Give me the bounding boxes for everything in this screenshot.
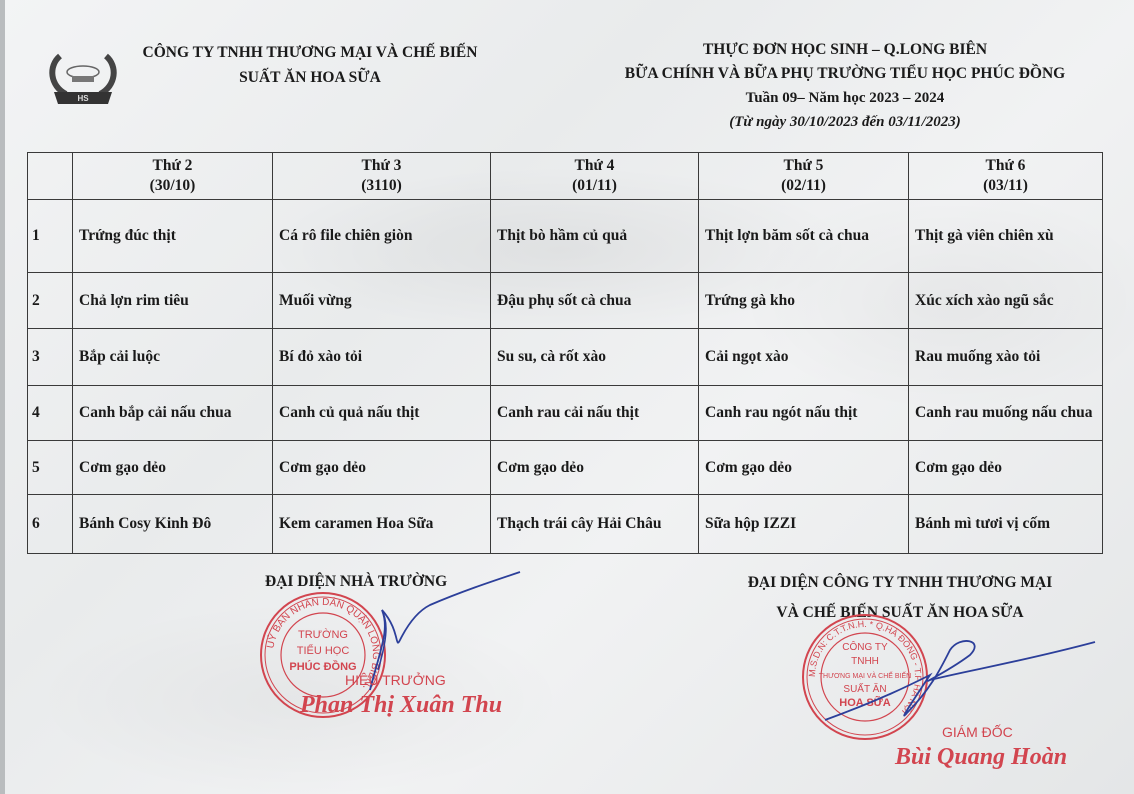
column-header: Thứ 5(02/11) bbox=[699, 153, 909, 200]
svg-text:HS: HS bbox=[77, 94, 89, 103]
school-role: HIỆU TRƯỞNG bbox=[345, 672, 446, 688]
menu-table: Thứ 2(30/10) Thứ 3(3110) Thứ 4(01/11) Th… bbox=[27, 152, 1103, 554]
menu-cell: Bí đỏ xào tỏi bbox=[273, 329, 491, 386]
menu-cell: Thịt lợn băm sốt cà chua bbox=[699, 200, 909, 273]
page-edge bbox=[0, 0, 5, 794]
menu-date-range: (Từ ngày 30/10/2023 đến 03/11/2023) bbox=[590, 110, 1100, 134]
company-signature-icon bbox=[820, 630, 1100, 730]
menu-cell: Canh củ quả nấu thịt bbox=[273, 386, 491, 441]
menu-cell: Rau muống xào tỏi bbox=[909, 329, 1103, 386]
menu-cell: Bánh Cosy Kinh Đô bbox=[73, 495, 273, 554]
svg-text:TRƯỜNG: TRƯỜNG bbox=[298, 628, 348, 641]
menu-cell: Canh rau ngót nấu thịt bbox=[699, 386, 909, 441]
svg-text:TIỂU HỌC: TIỂU HỌC bbox=[297, 644, 350, 657]
column-header: Thứ 2(30/10) bbox=[73, 153, 273, 200]
school-signer-name: Phan Thị Xuân Thu bbox=[300, 692, 502, 719]
menu-cell: Thịt bò hầm củ quả bbox=[491, 200, 699, 273]
row-number: 4 bbox=[28, 386, 73, 441]
menu-cell: Đậu phụ sốt cà chua bbox=[491, 273, 699, 329]
menu-cell: Cơm gạo dẻo bbox=[491, 441, 699, 495]
table-row: 6 Bánh Cosy Kinh Đô Kem caramen Hoa Sữa … bbox=[28, 495, 1103, 554]
menu-cell: Su su, cà rốt xào bbox=[491, 329, 699, 386]
menu-header: THỰC ĐƠN HỌC SINH – Q.LONG BIÊN BỮA CHÍN… bbox=[590, 38, 1100, 134]
menu-cell: Thạch trái cây Hải Châu bbox=[491, 495, 699, 554]
header-index-cell bbox=[28, 153, 73, 200]
company-header: CÔNG TY TNHH THƯƠNG MẠI VÀ CHẾ BIẾN SUẤT… bbox=[110, 40, 510, 90]
row-number: 2 bbox=[28, 273, 73, 329]
company-signer-name: Bùi Quang Hoàn bbox=[895, 744, 1067, 771]
menu-cell: Cơm gạo dẻo bbox=[699, 441, 909, 495]
table-row: 3 Bắp cải luộc Bí đỏ xào tỏi Su su, cà r… bbox=[28, 329, 1103, 386]
menu-cell: Canh rau muống nấu chua bbox=[909, 386, 1103, 441]
menu-cell: Muối vừng bbox=[273, 273, 491, 329]
row-number: 3 bbox=[28, 329, 73, 386]
menu-title: THỰC ĐƠN HỌC SINH – Q.LONG BIÊN bbox=[590, 38, 1100, 62]
column-header: Thứ 4(01/11) bbox=[491, 153, 699, 200]
column-header: Thứ 6(03/11) bbox=[909, 153, 1103, 200]
laurel-wreath-logo-icon: HS bbox=[46, 48, 120, 108]
menu-cell: Chả lợn rim tiêu bbox=[73, 273, 273, 329]
table-row: 5 Cơm gạo dẻo Cơm gạo dẻo Cơm gạo dẻo Cơ… bbox=[28, 441, 1103, 495]
menu-cell: Kem caramen Hoa Sữa bbox=[273, 495, 491, 554]
menu-subtitle: BỮA CHÍNH VÀ BỮA PHỤ TRƯỜNG TIỂU HỌC PHÚ… bbox=[590, 62, 1100, 86]
menu-week: Tuần 09– Năm học 2023 – 2024 bbox=[590, 86, 1100, 110]
menu-cell: Xúc xích xào ngũ sắc bbox=[909, 273, 1103, 329]
menu-cell: Cơm gạo dẻo bbox=[909, 441, 1103, 495]
menu-cell: Canh rau cải nấu thịt bbox=[491, 386, 699, 441]
table-row: 4 Canh bắp cải nấu chua Canh củ quả nấu … bbox=[28, 386, 1103, 441]
menu-cell: Cá rô file chiên giòn bbox=[273, 200, 491, 273]
menu-cell: Sữa hộp IZZI bbox=[699, 495, 909, 554]
table-row: 2 Chả lợn rim tiêu Muối vừng Đậu phụ sốt… bbox=[28, 273, 1103, 329]
table-header-row: Thứ 2(30/10) Thứ 3(3110) Thứ 4(01/11) Th… bbox=[28, 153, 1103, 200]
menu-cell: Bắp cải luộc bbox=[73, 329, 273, 386]
company-role: GIÁM ĐỐC bbox=[942, 724, 1013, 740]
row-number: 6 bbox=[28, 495, 73, 554]
row-number: 5 bbox=[28, 441, 73, 495]
menu-cell: Cải ngọt xào bbox=[699, 329, 909, 386]
row-number: 1 bbox=[28, 200, 73, 273]
menu-cell: Canh bắp cải nấu chua bbox=[73, 386, 273, 441]
menu-cell: Trứng gà kho bbox=[699, 273, 909, 329]
menu-cell: Cơm gạo dẻo bbox=[273, 441, 491, 495]
menu-cell: Trứng đúc thịt bbox=[73, 200, 273, 273]
table-row: 1 Trứng đúc thịt Cá rô file chiên giòn T… bbox=[28, 200, 1103, 273]
menu-cell: Bánh mì tươi vị cốm bbox=[909, 495, 1103, 554]
menu-cell: Cơm gạo dẻo bbox=[73, 441, 273, 495]
company-name-line1: CÔNG TY TNHH THƯƠNG MẠI VÀ CHẾ BIẾN bbox=[110, 40, 510, 65]
column-header: Thứ 3(3110) bbox=[273, 153, 491, 200]
company-name-line2: SUẤT ĂN HOA SỮA bbox=[110, 65, 510, 90]
menu-cell: Thịt gà viên chiên xù bbox=[909, 200, 1103, 273]
